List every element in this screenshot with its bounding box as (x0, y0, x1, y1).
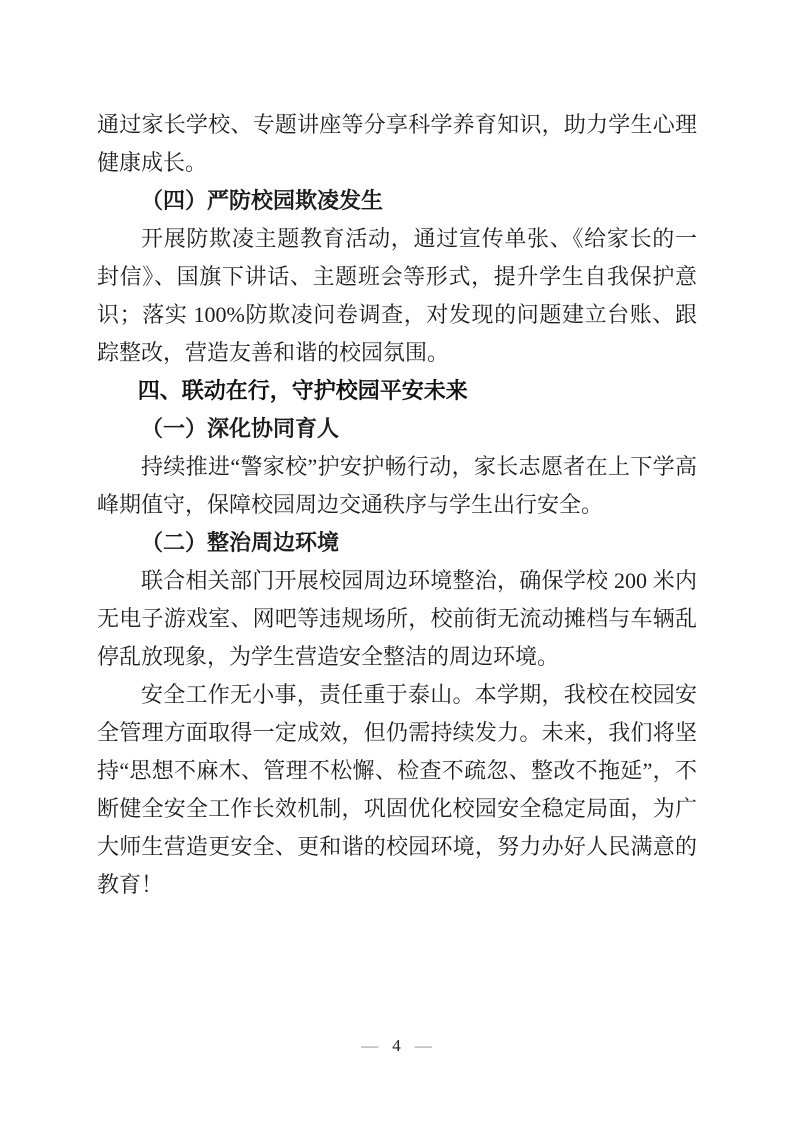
document-body: 通过家长学校、专题讲座等分享科学养育知识，助力学生心理健康成长。 （四）严防校园… (97, 106, 697, 904)
document-page: 通过家长学校、专题讲座等分享科学养育知识，助力学生心理健康成长。 （四）严防校园… (0, 0, 793, 1122)
paragraph: 持续推进“警家校”护安护畅行动，家长志愿者在上下学高峰期值守，保障校园周边交通秩… (97, 448, 697, 524)
paragraph-conclusion: 安全工作无小事，责任重于泰山。本学期，我校在校园安全管理方面取得一定成效，但仍需… (97, 676, 697, 904)
footer-right-dash: — (415, 1036, 432, 1055)
page-footer: —4— (0, 1034, 793, 1058)
subheading-section-4: （四）严防校园欺凌发生 (97, 182, 697, 220)
subheading-section-2: （二）整治周边环境 (97, 524, 697, 562)
page-number: 4 (392, 1034, 401, 1058)
paragraph: 联合相关部门开展校园周边环境整治，确保学校 200 米内无电子游戏室、网吧等违规… (97, 562, 697, 676)
footer-left-dash: — (361, 1036, 378, 1055)
subheading-section-1: （一）深化协同育人 (97, 410, 697, 448)
main-heading-part-4: 四、联动在行，守护校园平安未来 (97, 372, 697, 410)
paragraph: 开展防欺凌主题教育活动，通过宣传单张、《给家长的一封信》、国旗下讲话、主题班会等… (97, 220, 697, 372)
paragraph-continuation: 通过家长学校、专题讲座等分享科学养育知识，助力学生心理健康成长。 (97, 106, 697, 182)
